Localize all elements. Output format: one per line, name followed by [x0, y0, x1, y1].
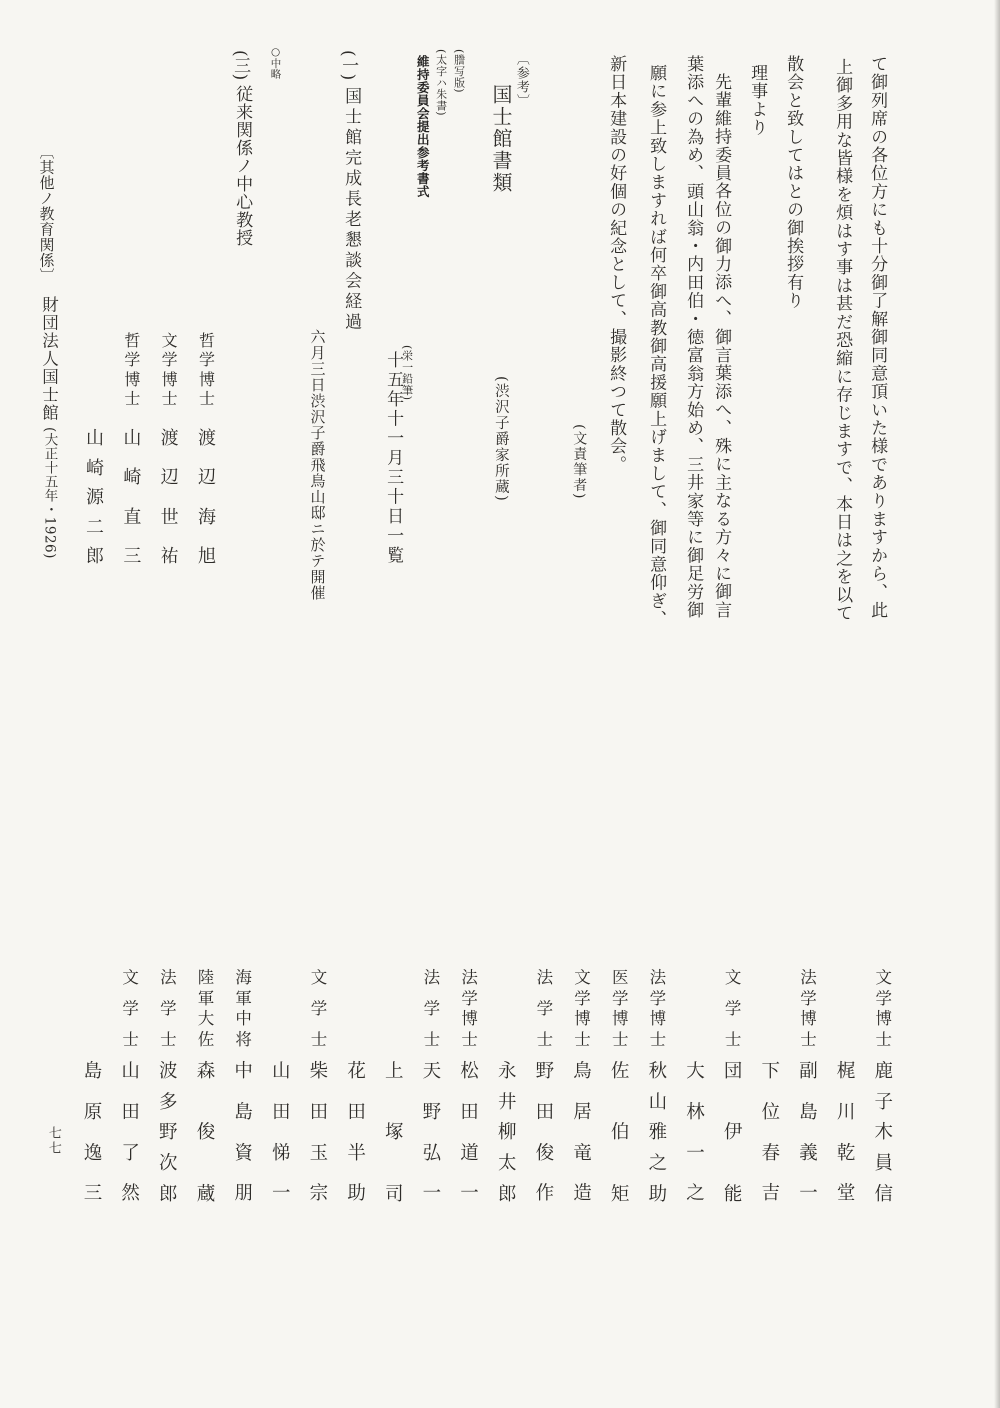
member-name: 柴田玉宗	[310, 1063, 329, 1204]
member-name: 野田俊作	[536, 1063, 555, 1204]
member-entry: 医学博士佐伯矩	[609, 970, 631, 1206]
member-name: 秋山雅之助	[649, 1063, 668, 1204]
member-degree: 法学士	[424, 970, 441, 1048]
source-note: (渋沢子爵家所蔵)	[491, 376, 510, 502]
member-degree: 医学博士	[612, 970, 629, 1048]
member-entry: 文学士柴田玉宗	[308, 970, 330, 1206]
member-degree: 哲学博士	[199, 333, 215, 407]
member-entry: 法学士野田俊作	[534, 970, 556, 1206]
committee-bold-heading: 維持委員会提出参考書式	[414, 55, 430, 198]
member-entry: 山田悌一	[270, 970, 292, 1206]
member-name: 副島義一	[799, 1063, 818, 1204]
running-head-organization: 財団法人国士館	[38, 296, 59, 422]
member-entry: 下位春吉	[760, 970, 782, 1206]
member-entry: 哲学博士渡辺海旭	[196, 333, 218, 566]
member-name: 山田悌一	[272, 1063, 291, 1204]
member-entry: 大林一之	[685, 970, 707, 1206]
omission-mark: ○中略	[269, 46, 281, 79]
reference-label: 〔参考〕	[512, 52, 529, 108]
member-name: 中島資朋	[234, 1063, 253, 1204]
member-entry: 文学士団伊能	[722, 970, 744, 1206]
member-name: 山田了然	[121, 1063, 140, 1204]
member-entry: 法学博士副島義一	[797, 970, 819, 1206]
member-degree: 文学士	[725, 970, 742, 1048]
member-degree: 文学博士	[876, 970, 893, 1048]
member-name: 花田半助	[347, 1063, 366, 1204]
member-name: 島原逸三	[84, 1063, 103, 1204]
member-entry: 梶川乾堂	[835, 970, 857, 1206]
professor-list-upper: 哲学博士渡辺海旭文学博士渡辺世祐哲学博士山崎直三山崎源二郎	[84, 333, 218, 566]
member-entry: 法学博士秋山雅之助	[647, 970, 669, 1206]
member-degree: 海軍中将	[235, 970, 252, 1048]
member-entry: 陸軍大佐森俊蔵	[195, 970, 217, 1206]
member-degree: 法学士	[160, 970, 177, 1048]
section-three-number: (三)	[229, 50, 251, 80]
section-one-subtitle: 六月三日渋沢子爵飛鳥山邸ニ於テ開催	[307, 329, 327, 601]
member-name: 上塚司	[385, 1063, 404, 1204]
member-entry: 文学博士鳥居竜造	[572, 970, 594, 1206]
red-ink-note: (太字ハ朱書)	[434, 49, 447, 116]
section-one-title: 国士館完成長老懇談会経過	[340, 87, 362, 333]
member-name: 渡辺世祐	[161, 430, 179, 566]
reference-title: 国士館書類	[488, 84, 514, 194]
scan-edge-shadow	[994, 0, 1000, 1408]
body-line: 新日本建設の好個の紀念として、撮影終つて散会。	[605, 55, 627, 474]
member-name: 鹿子木員信	[875, 1063, 894, 1204]
date-heading: 十五年十一月三十日一覧	[382, 351, 404, 566]
member-name: 梶川乾堂	[837, 1063, 856, 1204]
body-line: 理事より	[746, 64, 768, 137]
mimeograph-note: (謄写版)	[452, 49, 465, 93]
member-entry: 上塚司	[383, 970, 405, 1206]
member-entry: 文学士山田了然	[120, 970, 142, 1206]
page-number: 七七	[44, 1126, 61, 1156]
member-entry: 文学博士渡辺世祐	[159, 333, 181, 566]
body-line: て御列席の各位方にも十分御了解御同意頂いた様でありますから、此	[866, 55, 888, 619]
member-name: 永井柳太郎	[498, 1063, 517, 1204]
member-degree: 法学士	[537, 970, 554, 1048]
body-line: 葉添への為め、頭山翁・内田伯・徳富翁方始め、三井家等に御足労御	[682, 55, 704, 619]
body-line: 上御多用な皆様を煩はす事は甚だ恐縮に存じますで、本日は之を以て	[831, 58, 853, 622]
member-degree: 文学博士	[162, 333, 178, 407]
member-name: 大林一之	[686, 1063, 705, 1204]
scanned-document-page: て御列席の各位方にも十分御了解御同意頂いた様でありますから、此 上御多用な皆様を…	[0, 0, 1000, 1408]
member-entry: 山崎源二郎	[84, 333, 106, 566]
section-one-number: (一)	[337, 50, 359, 80]
member-entry: 法学士天野弘一	[421, 970, 443, 1206]
member-name: 佐伯矩	[611, 1063, 630, 1204]
member-entry: 永井柳太郎	[496, 970, 518, 1206]
member-entry: 法学博士松田道一	[459, 970, 481, 1206]
member-name: 下位春吉	[762, 1063, 781, 1204]
member-name: 波多野次郎	[159, 1063, 178, 1204]
member-degree: 文学士	[122, 970, 139, 1048]
member-degree: 哲学博士	[124, 333, 140, 407]
member-name: 松田道一	[460, 1063, 479, 1204]
member-name: 森俊蔵	[197, 1063, 216, 1204]
member-name: 山崎源二郎	[86, 430, 104, 566]
member-entry: 島原逸三	[82, 970, 104, 1206]
member-entry: 文学博士鹿子木員信	[873, 970, 895, 1206]
member-entry: 哲学博士山崎直三	[121, 333, 143, 566]
body-line: 散会と致してはとの御挨拶有り	[782, 55, 804, 310]
attribution-note: (文責筆者)	[570, 424, 588, 500]
member-degree: 法学博士	[650, 970, 667, 1048]
member-degree: 文学博士	[574, 970, 591, 1048]
section-three-title: 従来関係ノ中心教授	[231, 85, 253, 247]
body-line: 先輩維持委員各位の御力添へ、御言葉添へ、殊に主なる方々に御言	[710, 73, 732, 619]
member-name: 渡辺海旭	[198, 430, 216, 566]
member-entry: 法学士波多野次郎	[157, 970, 179, 1206]
member-degree: 陸軍大佐	[198, 970, 215, 1048]
member-name: 団伊能	[724, 1063, 743, 1204]
member-name: 山崎直三	[123, 430, 141, 566]
member-name: 天野弘一	[423, 1063, 442, 1204]
member-degree: 法学博士	[461, 970, 478, 1048]
member-degree: 法学博士	[800, 970, 817, 1048]
running-head-category: 〔其他ノ教育関係〕	[36, 144, 56, 284]
member-list-lower: 文学博士鹿子木員信梶川乾堂法学博士副島義一下位春吉文学士団伊能大林一之法学博士秋…	[82, 970, 895, 1206]
running-head-year: (大正十五年・1926)	[40, 427, 58, 559]
member-entry: 海軍中将中島資朋	[233, 970, 255, 1206]
member-name: 鳥居竜造	[573, 1063, 592, 1204]
body-line: 願に参上致しますれば何卒御高教御高援願上げまして、御同意仰ぎ、	[645, 64, 667, 628]
member-entry: 花田半助	[346, 970, 368, 1206]
member-degree: 文学士	[311, 970, 328, 1048]
